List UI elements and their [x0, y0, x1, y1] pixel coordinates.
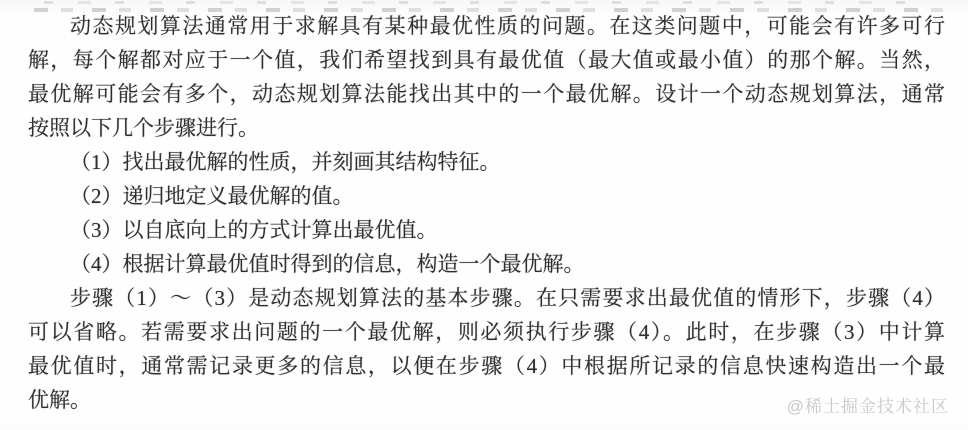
list-item-step-1: （1）找出最优解的性质，并刻画其结构特征。: [28, 145, 945, 179]
paragraph-intro: 动态规划算法通常用于求解具有某种最优性质的问题。在这类问题中，可能会有许多可行 …: [28, 9, 945, 145]
text-line: 最优解可能会有多个，动态规划算法能找出其中的一个最优解。设计一个动态规划算法，通…: [28, 77, 945, 111]
list-item-step-4: （4）根据计算最优值时得到的信息，构造一个最优解。: [28, 247, 945, 281]
text-line: 可以省略。若需要求出问题的一个最优解，则必须执行步骤（4）。此时，在步骤（3）中…: [28, 315, 945, 349]
list-item-step-2: （2）递归地定义最优解的值。: [28, 179, 945, 213]
paragraph-steps-list: （1）找出最优解的性质，并刻画其结构特征。 （2）递归地定义最优解的值。 （3）…: [28, 145, 945, 281]
list-item-step-3: （3）以自底向上的方式计算出最优值。: [28, 213, 945, 247]
body-text: 动态规划算法通常用于求解具有某种最优性质的问题。在这类问题中，可能会有许多可行 …: [28, 9, 945, 417]
watermark-juejin: @稀土掘金技术社区: [787, 392, 949, 417]
text-line: 最优值时，通常需记录更多的信息，以便在步骤（4）中根据所记录的信息快速构造出一个…: [28, 349, 945, 383]
text-line: 动态规划算法通常用于求解具有某种最优性质的问题。在这类问题中，可能会有许多可行: [28, 9, 945, 43]
text-line: 解，每个解都对应于一个值，我们希望找到具有最优值（最大值或最小值）的那个解。当然…: [28, 43, 945, 77]
text-line: 步骤（1）～（3）是动态规划算法的基本步骤。在只需要求出最优值的情形下，步骤（4…: [28, 281, 945, 315]
scanned-book-page: 动态规划算法通常用于求解具有某种最优性质的问题。在这类问题中，可能会有许多可行 …: [0, 0, 968, 430]
text-line: 按照以下几个步骤进行。: [28, 111, 945, 145]
